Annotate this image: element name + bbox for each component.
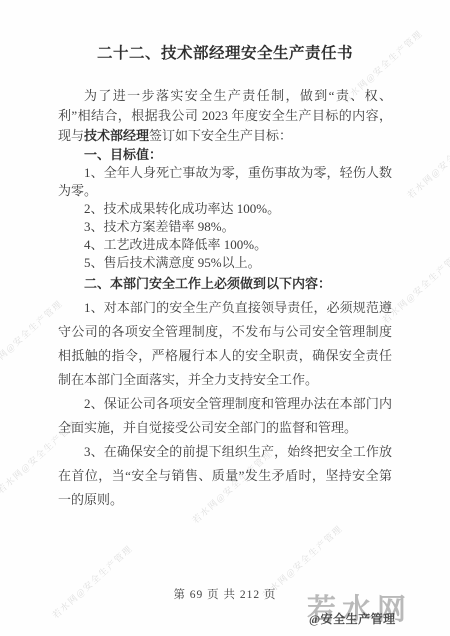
section-2-heading: 二、本部门安全工作上必须做到以下内容： [58, 272, 392, 296]
section-2-item: 1、对本部门的安全生产负直接领导责任，必须规范遵守公司的各项安全管理制度，不发布… [58, 296, 392, 392]
section-1-item: 3、技术方案差错率 98%。 [58, 218, 392, 236]
section-1-item: 5、售后技术满意度 95%以上。 [58, 254, 392, 272]
diagonal-watermark: 若水网@安全生产管理 [0, 297, 65, 376]
section-2-item: 3、在确保安全的前提下组织生产，始终把安全工作放在首位，当“安全与销售、质量”发… [58, 440, 392, 512]
intro-text-post: 签订如下安全生产目标： [149, 128, 292, 143]
document-body: 二十二、技术部经理安全生产责任书 为了进一步落实安全生产责任制，做到“责、权、利… [58, 44, 392, 512]
page-title: 二十二、技术部经理安全生产责任书 [58, 44, 392, 64]
intro-paragraph: 为了进一步落实安全生产责任制，做到“责、权、利”相结合，根据我公司 2023 年… [58, 86, 392, 146]
diagonal-watermark: 若水网@安全生产管理 [49, 542, 135, 621]
logo-overlay-text: @安全生产管理 [309, 610, 396, 627]
diagonal-watermark: 若水网@安全生产管理 [404, 122, 450, 201]
section-1-item: 2、技术成果转化成功率达 100%。 [58, 200, 392, 218]
section-1-item: 4、工艺改进成本降低率 100%。 [58, 236, 392, 254]
ruoshui-watermark-logo: 若水网 @安全生产管理 [307, 594, 422, 632]
intro-text-bold: 技术部经理 [84, 128, 149, 143]
section-1-item: 1、全年人身死亡事故为零，重伤事故为零，轻伤人数为零。 [58, 164, 392, 200]
section-1-heading: 一、目标值： [58, 146, 392, 164]
document-page: 若水网@安全生产管理 若水网@安全生产管理 若水网@安全生产管理 若水网@安全生… [0, 0, 450, 636]
section-2-item: 2、保证公司各项安全管理制度和管理办法在本部门内全面实施，并自觉接受公司安全部门… [58, 392, 392, 440]
